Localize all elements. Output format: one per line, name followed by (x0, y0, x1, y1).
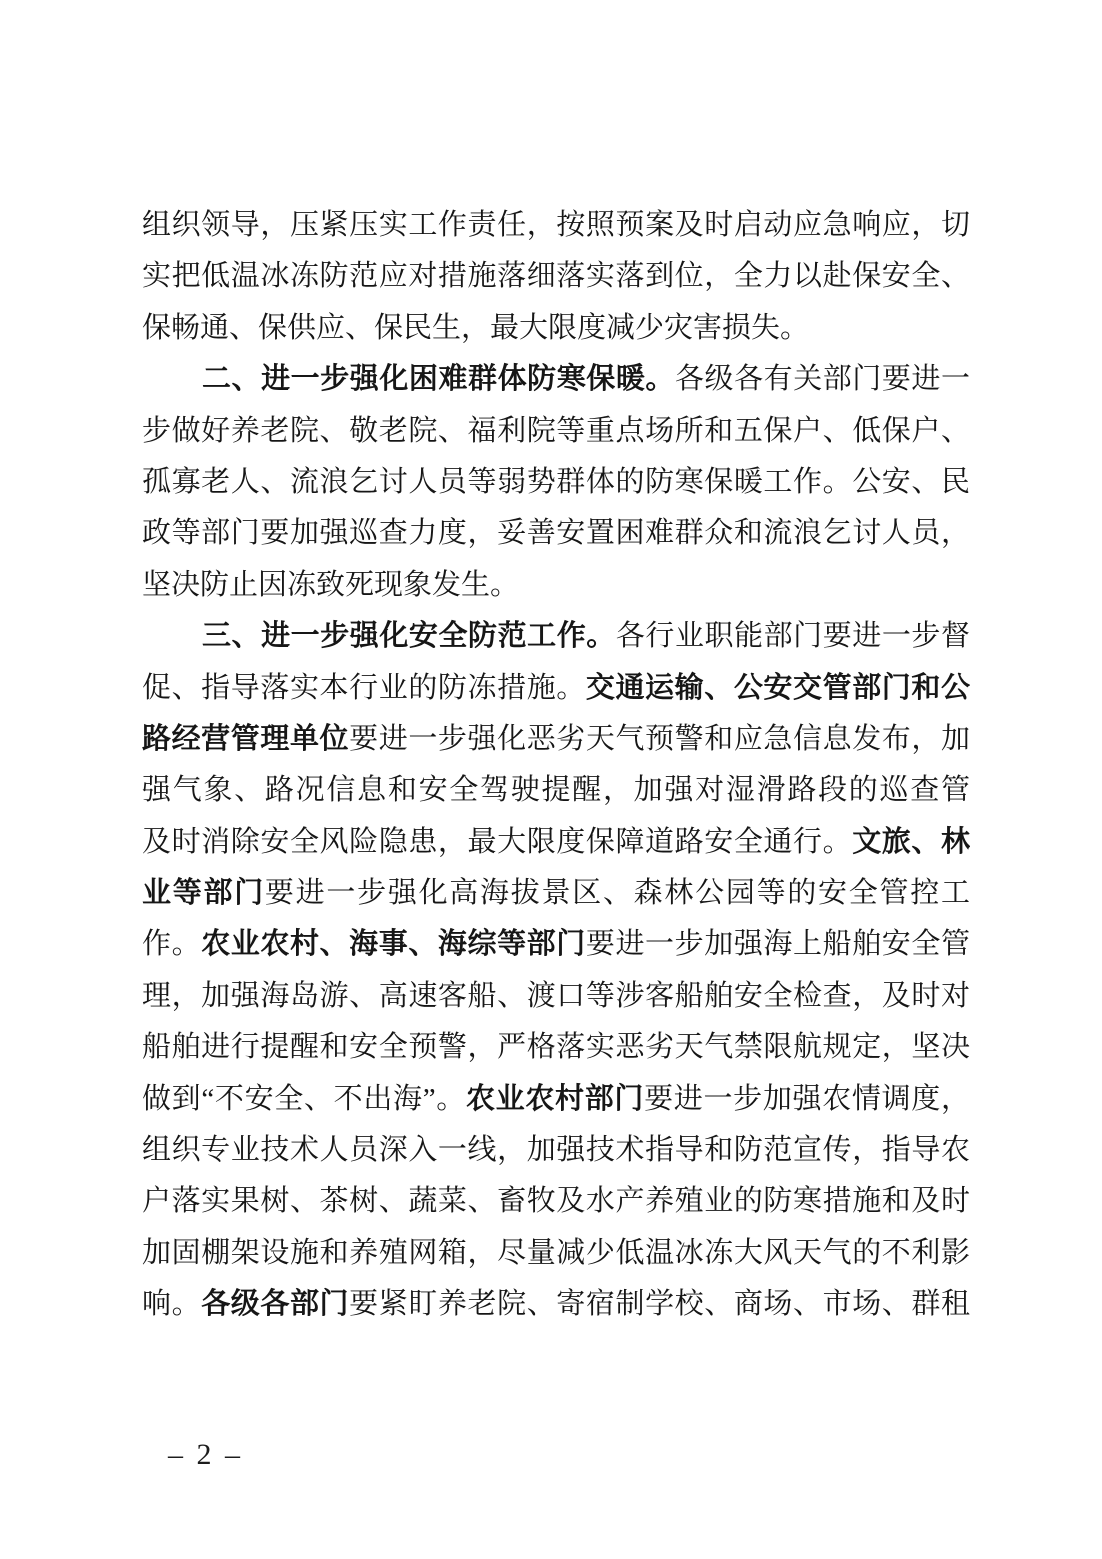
page-number: – 2 – (168, 1438, 243, 1472)
text-line: 促、指导落实本行业的防冻措施。交通运输、公安交管部门和公 (142, 663, 970, 714)
bold-text-segment: 各级各部门 (201, 1288, 349, 1320)
text-segment: 加固棚架设施和养殖网箱，尽量减少低温冰冻大风天气的不利影 (142, 1237, 970, 1269)
text-line: 步做好养老院、敬老院、福利院等重点场所和五保户、低保户、 (142, 406, 970, 457)
bold-text-segment: 二、进一步强化困难群体防寒保暖。 (202, 363, 675, 395)
text-line: 组织专业技术人员深入一线，加强技术指导和防范宣传，指导农 (142, 1125, 970, 1176)
text-segment: 作。 (142, 928, 201, 960)
text-line: 组织领导，压紧压实工作责任，按照预案及时启动应急响应，切 (142, 200, 970, 251)
bold-text-segment: 业等部门 (142, 877, 265, 909)
bold-text-segment: 文旅、林 (852, 826, 970, 858)
bold-text-segment: 三、进一步强化安全防范工作。 (202, 620, 616, 652)
text-line: 实把低温冰冻防范应对措施落细落实落到位，全力以赴保安全、 (142, 251, 970, 302)
text-segment: 要进一步强化高海拔景区、森林公园等的安全管控工 (265, 877, 970, 909)
text-line: 响。各级各部门要紧盯养老院、寄宿制学校、商场、市场、群租 (142, 1279, 970, 1330)
text-segment: 船舶进行提醒和安全预警，严格落实恶劣天气禁限航规定，坚决 (142, 1031, 970, 1063)
bold-text-segment: 交通运输、公安交管部门和公 (586, 672, 970, 704)
text-segment: 促、指导落实本行业的防冻措施。 (142, 672, 586, 704)
text-line: 强气象、路况信息和安全驾驶提醒，加强对湿滑路段的巡查管控， (142, 765, 970, 816)
text-line: 保畅通、保供应、保民生，最大限度减少灾害损失。 (142, 303, 970, 354)
text-line: 及时消除安全风险隐患，最大限度保障道路安全通行。文旅、林 (142, 817, 970, 868)
text-line: 二、进一步强化困难群体防寒保暖。各级各有关部门要进一 (142, 354, 970, 405)
text-line: 政等部门要加强巡查力度，妥善安置困难群众和流浪乞讨人员， (142, 508, 970, 559)
text-segment: 各级各有关部门要进一 (675, 363, 970, 395)
text-line: 理，加强海岛游、高速客船、渡口等涉客船舶安全检查，及时对 (142, 971, 970, 1022)
text-segment: 组织专业技术人员深入一线，加强技术指导和防范宣传，指导农 (142, 1134, 970, 1166)
text-segment: 理，加强海岛游、高速客船、渡口等涉客船舶安全检查，及时对 (142, 980, 970, 1012)
text-segment: 步做好养老院、敬老院、福利院等重点场所和五保户、低保户、 (142, 415, 970, 447)
bold-text-segment: 农业农村、海事、海综等部门 (201, 928, 586, 960)
text-line: 孤寡老人、流浪乞讨人员等弱势群体的防寒保暖工作。公安、民 (142, 457, 970, 508)
text-segment: 组织领导，压紧压实工作责任，按照预案及时启动应急响应，切 (142, 209, 970, 241)
text-segment: 政等部门要加强巡查力度，妥善安置困难群众和流浪乞讨人员， (142, 517, 970, 549)
text-segment: 要进一步强化恶劣天气预警和应急信息发布，加 (349, 723, 970, 755)
text-segment: 强气象、路况信息和安全驾驶提醒，加强对湿滑路段的巡查管控， (142, 774, 970, 816)
bold-text-segment: 农业农村部门 (466, 1083, 644, 1115)
text-line: 做到“不安全、不出海”。农业农村部门要进一步加强农情调度， (142, 1074, 970, 1125)
text-segment: 孤寡老人、流浪乞讨人员等弱势群体的防寒保暖工作。公安、民 (142, 466, 970, 498)
text-segment: 各行业职能部门要进一步督 (616, 620, 970, 652)
text-segment: 要进一步加强农情调度， (644, 1083, 970, 1115)
text-segment: 响。 (142, 1288, 201, 1320)
text-segment: 实把低温冰冻防范应对措施落细落实落到位，全力以赴保安全、 (142, 260, 970, 292)
text-line: 三、进一步强化安全防范工作。各行业职能部门要进一步督 (142, 611, 970, 662)
text-segment: 要紧盯养老院、寄宿制学校、商场、市场、群租 (349, 1288, 970, 1320)
document-body: 组织领导，压紧压实工作责任，按照预案及时启动应急响应，切实把低温冰冻防范应对措施… (142, 200, 970, 1331)
bold-text-segment: 路经营管理单位 (142, 723, 349, 755)
text-line: 坚决防止因冻致死现象发生。 (142, 560, 970, 611)
text-segment: 户落实果树、茶树、蔬菜、畜牧及水产养殖业的防寒措施和及时 (142, 1185, 970, 1217)
document-page: 组织领导，压紧压实工作责任，按照预案及时启动应急响应，切实把低温冰冻防范应对措施… (0, 0, 1102, 1559)
text-line: 业等部门要进一步强化高海拔景区、森林公园等的安全管控工 (142, 868, 970, 919)
text-line: 户落实果树、茶树、蔬菜、畜牧及水产养殖业的防寒措施和及时 (142, 1176, 970, 1227)
text-segment: 及时消除安全风险隐患，最大限度保障道路安全通行。 (142, 826, 852, 858)
text-line: 路经营管理单位要进一步强化恶劣天气预警和应急信息发布，加 (142, 714, 970, 765)
text-line: 船舶进行提醒和安全预警，严格落实恶劣天气禁限航规定，坚决 (142, 1022, 970, 1073)
text-segment: 做到“不安全、不出海”。 (142, 1083, 466, 1115)
text-line: 加固棚架设施和养殖网箱，尽量减少低温冰冻大风天气的不利影 (142, 1228, 970, 1279)
text-segment: 保畅通、保供应、保民生，最大限度减少灾害损失。 (142, 312, 809, 344)
text-segment: 坚决防止因冻致死现象发生。 (142, 569, 519, 601)
text-line: 作。农业农村、海事、海综等部门要进一步加强海上船舶安全管 (142, 919, 970, 970)
text-segment: 要进一步加强海上船舶安全管 (586, 928, 970, 960)
